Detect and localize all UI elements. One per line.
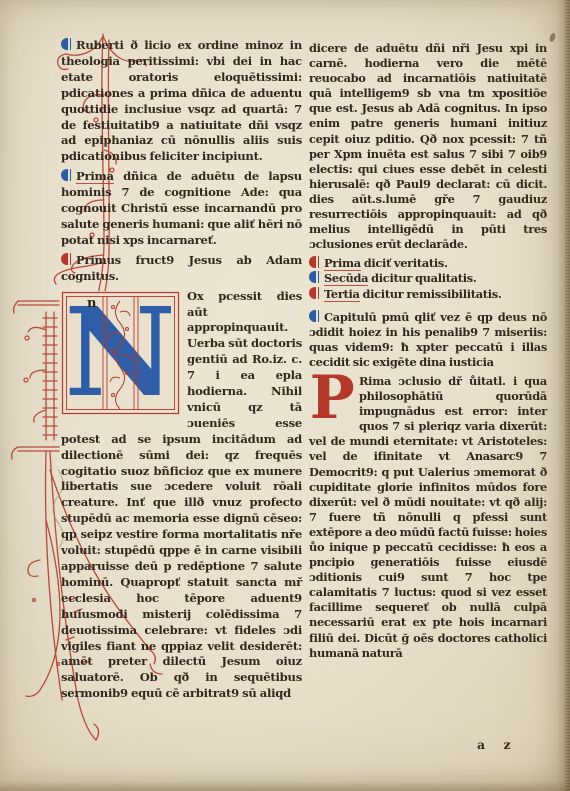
conclusion-text: dicitur qualitatis. xyxy=(368,271,476,285)
sermon-paragraph: N n Ox pcessit dies aūt appropinquauit. … xyxy=(61,289,302,703)
paragraph-mark-icon xyxy=(309,271,321,283)
conclusion-text: diciť veritatis. xyxy=(361,256,448,270)
incipit-text: Ruberti ð licio ex ordine minoz in theol… xyxy=(61,38,302,163)
conclusion-line: Prima diciť veritatis. xyxy=(309,256,547,271)
page-bottom-shadow xyxy=(0,781,570,791)
rubricated-word: Prima xyxy=(76,169,114,184)
fructus-text: Primus fruct9 Jesus ab Adam cognitus. xyxy=(61,253,302,283)
capitulum-paragraph: Capitulū pmū qliť vez ē qp deus nō ɔdidi… xyxy=(309,310,547,370)
summary-paragraph: Prima dñica de aduētu de lapsu hominis 7… xyxy=(61,169,302,249)
capitulum-text: Capitulū pmū qliť vez ē qp deus nō ɔdidi… xyxy=(309,310,547,369)
incipit-paragraph: Ruberti ð licio ex ordine minoz in theol… xyxy=(61,38,302,165)
initial-letter-P: P xyxy=(309,375,355,423)
paragraph-mark-icon xyxy=(309,310,321,322)
ink-stain xyxy=(549,32,557,42)
rubricated-word: Prima xyxy=(324,256,361,271)
paragraph-mark-icon xyxy=(61,169,73,181)
left-text-column: Ruberti ð licio ex ordine minoz in theol… xyxy=(61,38,302,706)
prima-conclusio-paragraph: PRima ɔclusio dř ůitatl. i qua philosoph… xyxy=(309,374,547,661)
rubricated-word: Secūda xyxy=(324,271,368,286)
conclusion-line: Tertia dicitur remissibilitatis. xyxy=(309,287,547,302)
fructus-paragraph: Primus fruct9 Jesus ab Adam cognitus. xyxy=(61,253,302,285)
incunable-page: Ruberti ð licio ex ordine minoz in theol… xyxy=(0,0,570,791)
initial-letter-N: N xyxy=(64,291,175,415)
illuminated-initial-N: N n xyxy=(61,291,180,415)
guide-letter: n xyxy=(87,297,96,310)
conclusion-text: dicitur remissibilitatis. xyxy=(360,287,502,301)
rubricated-word: Tertia xyxy=(324,287,360,302)
conclusions-list: Prima diciť veritatis. Secūda dicitur qu… xyxy=(309,256,547,301)
paragraph-mark-icon xyxy=(309,256,321,268)
paragraph-mark-icon xyxy=(309,287,321,299)
quire-signature: a z xyxy=(477,737,512,752)
right-text-column: dicere de aduētu dñi nři Jesu xpi in car… xyxy=(309,41,547,665)
book-page-edges xyxy=(557,0,570,791)
body-text: dicere de aduētu dñi nři Jesu xpi in car… xyxy=(309,41,547,251)
body-paragraph: dicere de aduētu dñi nři Jesu xpi in car… xyxy=(309,41,547,252)
paragraph-mark-icon xyxy=(61,38,73,50)
paragraph-mark-icon xyxy=(61,253,73,265)
conclusion-line: Secūda dicitur qualitatis. xyxy=(309,271,547,286)
